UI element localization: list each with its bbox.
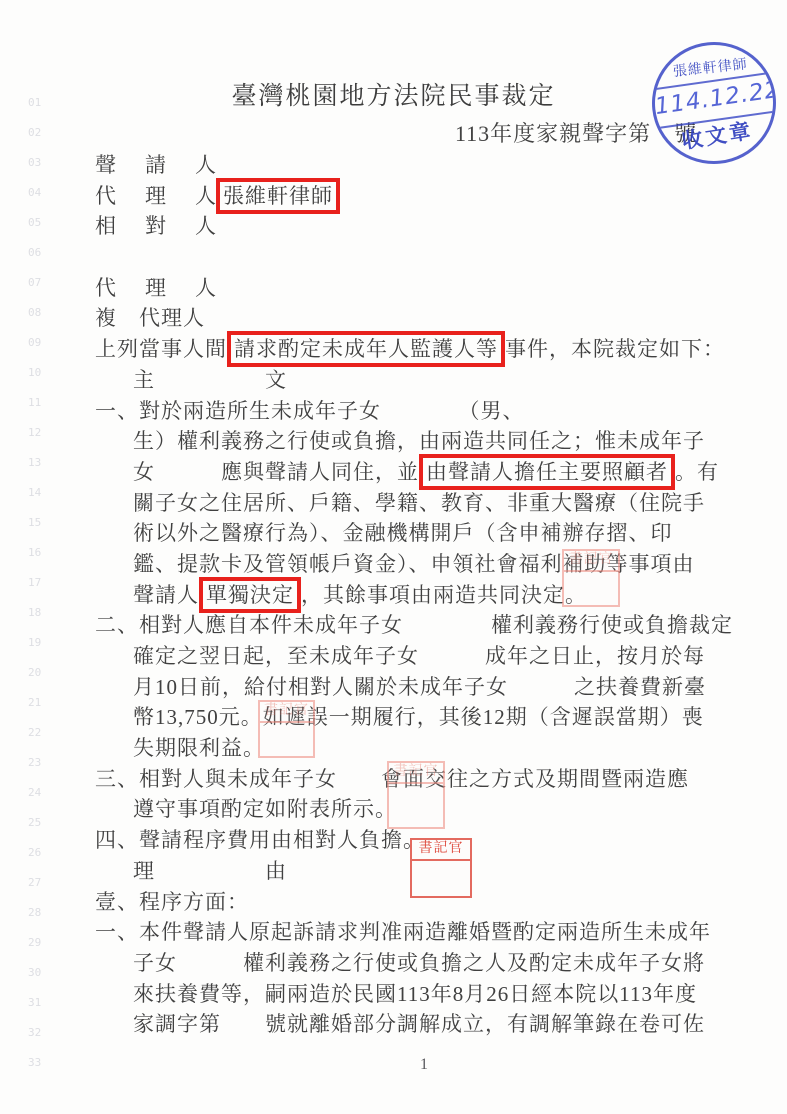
clerk-seal-label: 書記官: [260, 702, 313, 723]
document-line: [0, 242, 787, 273]
document-line: 四、聲請程序費用由相對人負擔。: [0, 825, 787, 856]
line-number: 04: [28, 186, 41, 199]
document-line: 確定之翌日起，至未成年子女 成年之日止，按月於每: [0, 641, 787, 672]
line-number: 31: [28, 996, 41, 1009]
highlight-box: 單獨決定: [199, 577, 301, 613]
clerk-seal-stamp: 書記官: [258, 700, 315, 758]
line-number: 13: [28, 456, 41, 469]
line-number: 23: [28, 756, 41, 769]
text-segment: 來扶養費等，嗣兩造於民國113年8月26日經本院以113年度: [133, 982, 697, 1006]
text-segment: 聲請人: [95, 153, 245, 177]
text-segment: 。有: [675, 460, 719, 484]
line-number: 18: [28, 606, 41, 619]
line-number: 33: [28, 1056, 41, 1069]
clerk-seal-label: 書記官: [389, 763, 443, 784]
document-line: 主 文: [0, 365, 787, 396]
clerk-seal-stamp: 書記官: [387, 761, 445, 829]
text-segment: 四、聲請程序費用由相對人負擔。: [95, 828, 425, 852]
document-line: 關子女之住居所、戶籍、學籍、教育、非重大醫療（住院手: [0, 488, 787, 519]
document-line: 來扶養費等，嗣兩造於民國113年8月26日經本院以113年度: [0, 979, 787, 1010]
highlight-box: 請求酌定未成年人監護人等: [227, 331, 505, 367]
text-segment: 壹、程序方面：: [95, 890, 249, 914]
line-number: 05: [28, 216, 41, 229]
text-segment: 子女 權利義務之行使或負擔之人及酌定未成年子女將: [133, 951, 705, 975]
line-number: 19: [28, 636, 41, 649]
line-number: 32: [28, 1026, 41, 1039]
text-segment: 月10日前，給付相對人關於未成年子女 之扶養費新臺: [133, 675, 706, 699]
text-segment: 術以外之醫療行為）、金融機構開戶（含申補辦存摺、印: [133, 521, 673, 545]
text-segment: 幣13,750元。如遲誤一期履行，其後12期（含遲誤當期）喪: [133, 705, 704, 729]
line-number: 02: [28, 126, 41, 139]
line-number: 20: [28, 666, 41, 679]
line-number: 27: [28, 876, 41, 889]
line-number: 03: [28, 156, 41, 169]
page-number: 1: [420, 1056, 428, 1074]
document-line: 二、相對人應自本件未成年子女 權利義務行使或負擔裁定: [0, 610, 787, 641]
text-segment: 主 文: [133, 368, 287, 392]
line-number: 06: [28, 246, 41, 259]
text-segment: 遵守事項酌定如附表所示。: [133, 797, 397, 821]
line-number: 11: [28, 396, 41, 409]
text-segment: 代理人: [95, 276, 245, 300]
text-segment: 上列當事人間: [95, 337, 227, 361]
body-text: 聲請人代理人張維軒律師相對人代理人複 代理人上列當事人間請求酌定未成年人監護人等…: [0, 150, 787, 1040]
document-line: 月10日前，給付相對人關於未成年子女 之扶養費新臺: [0, 672, 787, 703]
document-line: 上列當事人間請求酌定未成年人監護人等事件，本院裁定如下：: [0, 334, 787, 365]
text-segment: 相對人: [95, 214, 245, 238]
text-segment: 失期限利益。: [133, 736, 265, 760]
document-line: 一、本件聲請人原起訴請求判准兩造離婚暨酌定兩造所生未成年: [0, 917, 787, 948]
text-segment: 複 代理人: [95, 306, 205, 330]
line-number: 28: [28, 906, 41, 919]
document-line: 術以外之醫療行為）、金融機構開戶（含申補辦存摺、印: [0, 518, 787, 549]
line-number: 08: [28, 306, 41, 319]
document-line: 女 應與聲請人同住，並由聲請人擔任主要照顧者。有: [0, 457, 787, 488]
document-line: 鑑、提款卡及管領帳戶資金）、申領社會福利補助等事項由: [0, 549, 787, 580]
line-number: 15: [28, 516, 41, 529]
clerk-seal-label: 書記官: [564, 551, 618, 572]
text-segment: 確定之翌日起，至未成年子女 成年之日止，按月於每: [133, 644, 705, 668]
text-segment: 關子女之住居所、戶籍、學籍、教育、非重大醫療（住院手: [133, 491, 705, 515]
document-line: 生）權利義務之行使或負擔，由兩造共同任之；惟未成年子: [0, 426, 787, 457]
text-segment: 理 由: [133, 859, 287, 883]
clerk-seal-stamp: 書記官: [410, 838, 472, 898]
clerk-seal-label: 書記官: [412, 840, 470, 861]
line-number: 10: [28, 366, 41, 379]
text-segment: 生）權利義務之行使或負擔，由兩造共同任之；惟未成年子: [133, 429, 705, 453]
document-line: 理 由: [0, 856, 787, 887]
document-line: 聲請人: [0, 150, 787, 181]
line-number: 17: [28, 576, 41, 589]
text-segment: 女 應與聲請人同住，並: [133, 460, 419, 484]
document-line: 代理人張維軒律師: [0, 181, 787, 212]
line-number: 07: [28, 276, 41, 289]
line-number: 09: [28, 336, 41, 349]
highlight-box: 張維軒律師: [216, 178, 340, 214]
text-segment: 一、本件聲請人原起訴請求判准兩造離婚暨酌定兩造所生未成年: [95, 920, 711, 944]
line-number: 25: [28, 816, 41, 829]
document-line: 相對人: [0, 211, 787, 242]
line-number: 16: [28, 546, 41, 559]
line-number: 21: [28, 696, 41, 709]
text-segment: 一、對於兩造所生未成年子女 （男、: [95, 399, 525, 423]
document-line: 一、對於兩造所生未成年子女 （男、: [0, 396, 787, 427]
clerk-seal-stamp: 書記官: [562, 549, 620, 607]
document-line: 幣13,750元。如遲誤一期履行，其後12期（含遲誤當期）喪: [0, 702, 787, 733]
line-number: 01: [28, 96, 41, 109]
document-line: 失期限利益。: [0, 733, 787, 764]
line-number: 14: [28, 486, 41, 499]
document-line: 代理人: [0, 273, 787, 304]
document-line: 子女 權利義務之行使或負擔之人及酌定未成年子女將: [0, 948, 787, 979]
text-segment: 聲請人: [133, 583, 199, 607]
court-ruling-page: 臺灣桃園地方法院民事裁定 113年度家親聲字第 號 張維軒律師 114.12.2…: [0, 0, 787, 1114]
document-line: 聲請人單獨決定，其餘事項由兩造共同決定。: [0, 580, 787, 611]
line-number: 12: [28, 426, 41, 439]
text-segment: 家調字第 號就離婚部分調解成立，有調解筆錄在卷可佐: [133, 1012, 705, 1036]
document-line: 複 代理人: [0, 303, 787, 334]
text-segment: 事件，本院裁定如下：: [505, 337, 725, 361]
line-number: 26: [28, 846, 41, 859]
line-number: 29: [28, 936, 41, 949]
text-segment: ，其餘事項由兩造共同決定。: [301, 583, 587, 607]
document-line: 家調字第 號就離婚部分調解成立，有調解筆錄在卷可佐: [0, 1009, 787, 1040]
line-number: 30: [28, 966, 41, 979]
text-segment: 二、相對人應自本件未成年子女 權利義務行使或負擔裁定: [95, 613, 733, 637]
highlight-box: 由聲請人擔任主要照顧者: [419, 454, 675, 490]
line-number: 24: [28, 786, 41, 799]
line-number: 22: [28, 726, 41, 739]
document-line: 壹、程序方面：: [0, 887, 787, 918]
